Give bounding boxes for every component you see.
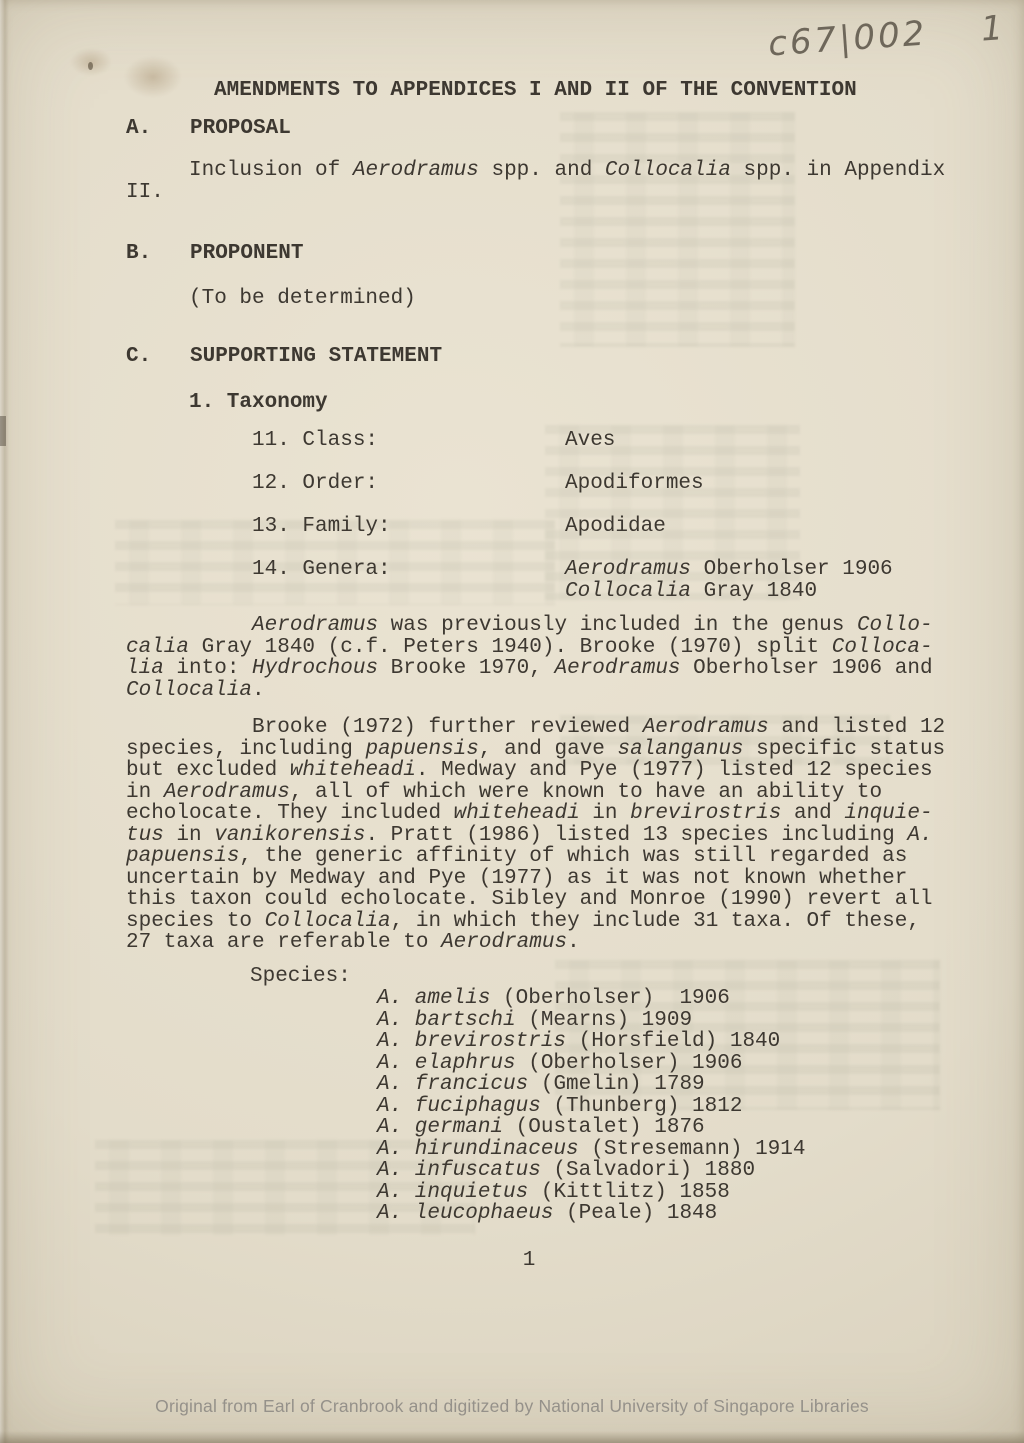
- paper-bottom-edge: [0, 1431, 1024, 1443]
- taxonomy-value: Aves: [565, 430, 615, 452]
- text-line: but excluded whiteheadi. Medway and Pye …: [126, 760, 938, 782]
- text-line: A. francicus (Gmelin) 1789: [377, 1074, 805, 1096]
- taxonomy-heading: 1. Taxonomy: [126, 392, 1001, 414]
- text-line: this taxon could echolocate. Sibley and …: [126, 889, 938, 911]
- document-title: AMENDMENTS TO APPENDICES I AND II OF THE…: [214, 80, 857, 102]
- text-line: calia Gray 1840 (c.f. Peters 1940). Broo…: [126, 637, 938, 659]
- taxonomy-key: 12. Order:: [252, 473, 565, 495]
- section-c-heading-row: C. SUPPORTING STATEMENT: [126, 346, 442, 368]
- section-a-label: A.: [126, 118, 190, 140]
- paper-edge-mark: [0, 416, 6, 446]
- text-line: echolocate. They included whiteheadi in …: [126, 803, 938, 825]
- text-line: A. germani (Oustalet) 1876: [377, 1117, 805, 1139]
- text-line: in Aerodramus, all of which were known t…: [126, 782, 938, 804]
- text-line: Brooke (1972) further reviewed Aerodramu…: [126, 717, 938, 739]
- bleedthrough-artifact: [560, 112, 795, 347]
- taxonomy-key: 14. Genera:: [252, 559, 565, 602]
- annotation-code: c67|002: [767, 13, 929, 64]
- text-line: A. inquietus (Kittlitz) 1858: [377, 1182, 805, 1204]
- text-line: species to Collocalia, in which they inc…: [126, 911, 938, 933]
- handwritten-annotation: c67|002 1: [767, 8, 1013, 65]
- paragraph-species-review: Brooke (1972) further reviewed Aerodramu…: [126, 717, 938, 954]
- paper-stain: [124, 56, 182, 98]
- section-b-heading-row: B. PROPONENT: [126, 243, 303, 265]
- section-a-body: Inclusion of Aerodramus spp. and Colloca…: [126, 160, 938, 203]
- text-line: A. amelis (Oberholser) 1906: [377, 988, 805, 1010]
- text-line: Inclusion of Aerodramus spp. and Colloca…: [126, 160, 938, 182]
- text-line: uncertain by Medway and Pye (1977) as it…: [126, 868, 938, 890]
- paper-speck: [88, 62, 93, 70]
- paragraph-genus-history: Aerodramus was previously included in th…: [126, 615, 938, 701]
- text-line: Apodiformes: [565, 473, 704, 495]
- section-b-body: (To be determined): [126, 288, 1001, 310]
- text-line: Collocalia.: [126, 680, 938, 702]
- digitization-credit: Original from Earl of Cranbrook and digi…: [0, 1396, 1024, 1416]
- species-label: Species:: [126, 966, 1024, 988]
- section-a-heading-row: A. PROPOSAL: [126, 118, 291, 140]
- taxonomy-row-class: 11. Class: Aves: [126, 430, 615, 452]
- taxonomy-value: Aerodramus Oberholser 1906Collocalia Gra…: [565, 559, 893, 602]
- text-line: Collocalia Gray 1840: [565, 581, 893, 603]
- text-line: Aerodramus Oberholser 1906: [565, 559, 893, 581]
- paper-left-edge: [0, 0, 9, 1443]
- text-line: Aerodramus was previously included in th…: [126, 615, 938, 637]
- section-b-heading: PROPONENT: [190, 243, 303, 265]
- document-page: c67|002 1 AMENDMENTS TO APPENDICES I AND…: [0, 0, 1024, 1443]
- taxonomy-value: Apodidae: [565, 516, 666, 538]
- section-b-label: B.: [126, 243, 190, 265]
- section-c-label: C.: [126, 346, 190, 368]
- taxonomy-row-genera: 14. Genera: Aerodramus Oberholser 1906Co…: [126, 559, 893, 602]
- annotation-page-number: 1: [980, 8, 1013, 50]
- text-line: species, including papuensis, and gave s…: [126, 739, 938, 761]
- text-line: II.: [126, 182, 938, 204]
- text-line: lia into: Hydrochous Brooke 1970, Aerodr…: [126, 658, 938, 680]
- taxonomy-key: 11. Class:: [252, 430, 565, 452]
- text-line: A. bartschi (Mearns) 1909: [377, 1010, 805, 1032]
- text-line: Aves: [565, 430, 615, 452]
- text-line: A. elaphrus (Oberholser) 1906: [377, 1053, 805, 1075]
- section-a-heading: PROPOSAL: [190, 118, 291, 140]
- text-line: A. brevirostris (Horsfield) 1840: [377, 1031, 805, 1053]
- taxonomy-row-family: 13. Family: Apodidae: [126, 516, 666, 538]
- text-line: A. leucophaeus (Peale) 1848: [377, 1203, 805, 1225]
- text-line: tus in vanikorensis. Pratt (1986) listed…: [126, 825, 938, 847]
- taxonomy-row-order: 12. Order: Apodiformes: [126, 473, 704, 495]
- page-number: 1: [126, 1250, 932, 1272]
- taxonomy-value: Apodiformes: [565, 473, 704, 495]
- taxonomy-key: 13. Family:: [252, 516, 565, 538]
- text-line: papuensis, the generic affinity of which…: [126, 846, 938, 868]
- text-line: Apodidae: [565, 516, 666, 538]
- text-line: A. infuscatus (Salvadori) 1880: [377, 1160, 805, 1182]
- text-line: A. hirundinaceus (Stresemann) 1914: [377, 1139, 805, 1161]
- section-c-heading: SUPPORTING STATEMENT: [190, 346, 442, 368]
- species-list: A. amelis (Oberholser) 1906A. bartschi (…: [377, 988, 805, 1225]
- text-line: 27 taxa are referable to Aerodramus.: [126, 932, 938, 954]
- text-line: A. fuciphagus (Thunberg) 1812: [377, 1096, 805, 1118]
